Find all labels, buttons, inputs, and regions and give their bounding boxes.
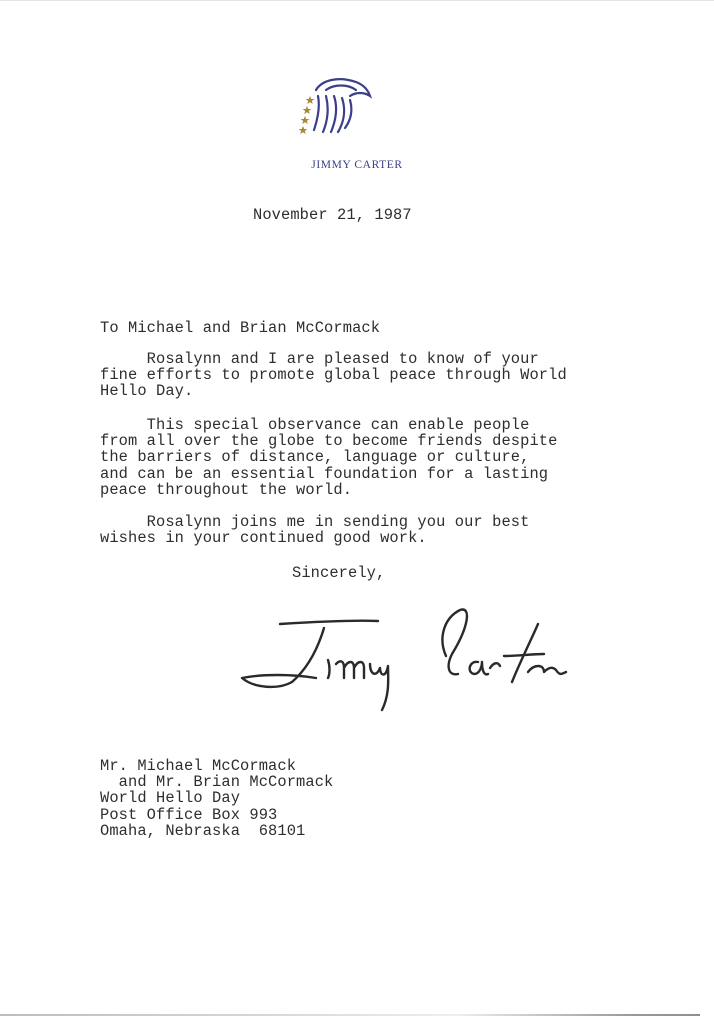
- address-line: World Hello Day: [100, 790, 333, 806]
- top-edge: [0, 0, 714, 1]
- eagle-with-stars-icon: [298, 72, 374, 138]
- handwritten-signature-icon: [232, 598, 577, 720]
- body-paragraph: Rosalynn and I are pleased to know of yo…: [100, 351, 567, 400]
- letter-page: JIMMY CARTER November 21, 1987 To Michae…: [0, 0, 714, 1034]
- body-paragraph: This special observance can enable peopl…: [100, 417, 557, 498]
- salutation: To Michael and Brian McCormack: [100, 319, 380, 337]
- page-bottom-edge: [0, 1014, 700, 1016]
- closing: Sincerely,: [292, 564, 385, 582]
- recipient-address: Mr. Michael McCormack and Mr. Brian McCo…: [100, 758, 333, 839]
- address-line: Mr. Michael McCormack: [100, 758, 333, 774]
- letterhead-name: JIMMY CARTER: [0, 159, 714, 171]
- letter-date: November 21, 1987: [253, 206, 412, 224]
- address-line: Post Office Box 993: [100, 807, 333, 823]
- address-line: Omaha, Nebraska 68101: [100, 823, 333, 839]
- body-paragraph: Rosalynn joins me in sending you our bes…: [100, 514, 529, 546]
- address-line: and Mr. Brian McCormack: [100, 774, 333, 790]
